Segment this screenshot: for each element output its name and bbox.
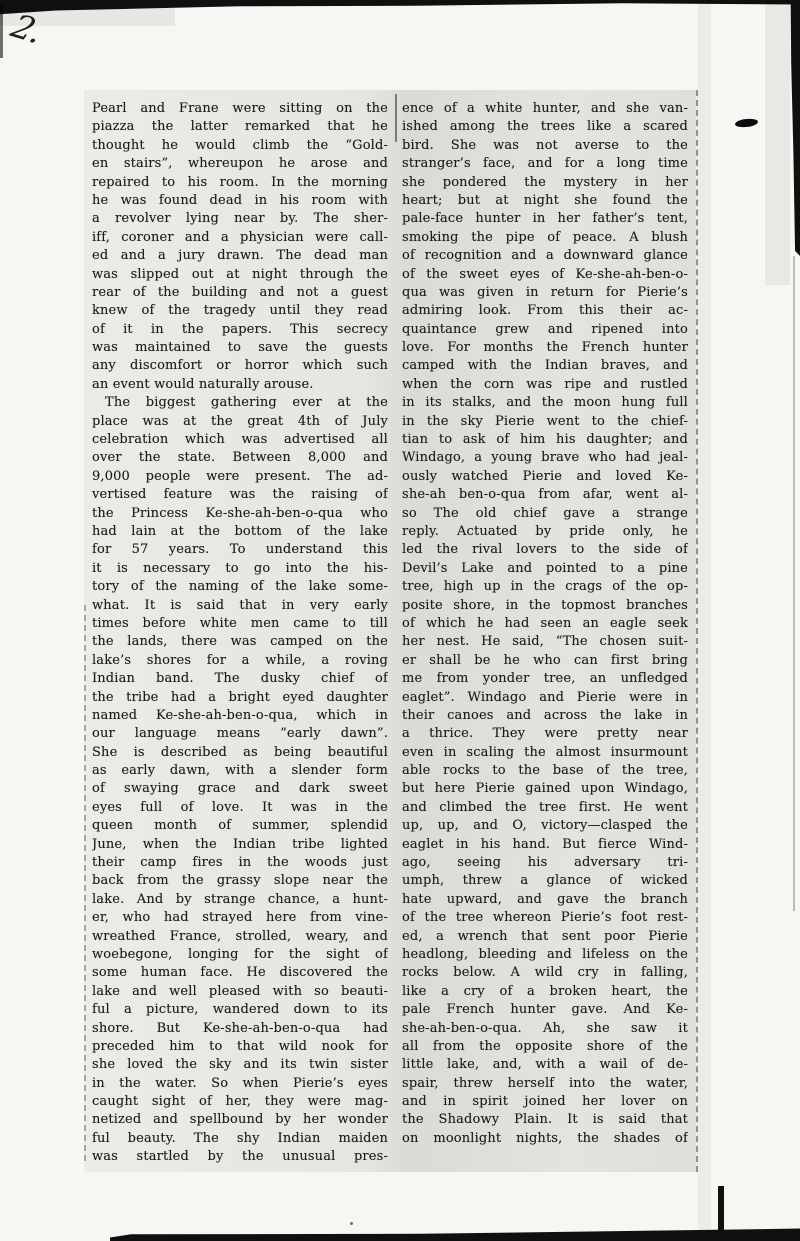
text-line: lake’s shores for a while, a roving bbox=[92, 652, 388, 670]
text-line: their camp fires in the woods just bbox=[92, 854, 388, 872]
text-line: up, up, and O, victory—clasped the bbox=[402, 817, 688, 835]
text-line: of which he had seen an eagle seek bbox=[402, 615, 688, 633]
text-line: all from the opposite shore of the bbox=[402, 1038, 688, 1056]
text-line: like a cry of a broken heart, the bbox=[402, 983, 688, 1001]
text-line: place was at the great 4th of July bbox=[92, 413, 388, 431]
page-edge-line bbox=[793, 256, 795, 911]
text-line: she loved the sky and its twin sister bbox=[92, 1056, 388, 1074]
text-line: their canoes and across the lake in bbox=[402, 707, 688, 725]
text-line: admiring look. From this their ac- bbox=[402, 302, 688, 320]
text-line: the Shadowy Plain. It is said that bbox=[402, 1111, 688, 1129]
text-line: netized and spellbound by her wonder bbox=[92, 1111, 388, 1129]
text-line: camped with the Indian braves, and bbox=[402, 357, 688, 375]
text-line: even in scaling the almost insurmount bbox=[402, 744, 688, 762]
newspaper-clipping: Pearl and Frane were sitting on thepiazz… bbox=[84, 90, 698, 1172]
text-line: repaired to his room. In the morning bbox=[92, 174, 388, 192]
text-line: queen month of summer, splendid bbox=[92, 817, 388, 835]
text-line: piazza the latter remarked that he bbox=[92, 118, 388, 136]
text-line: vertised feature was the raising of bbox=[92, 486, 388, 504]
text-line: ful beauty. The shy Indian maiden bbox=[92, 1130, 388, 1148]
text-line: umph, threw a glance of wicked bbox=[402, 872, 688, 890]
text-line: and in spirit joined her lover on bbox=[402, 1093, 688, 1111]
text-line: back from the grassy slope near the bbox=[92, 872, 388, 890]
text-line: lake and well pleased with so beauti- bbox=[92, 983, 388, 1001]
text-line: preceded him to that wild nook for bbox=[92, 1038, 388, 1056]
scan-shadow-top-right bbox=[765, 0, 790, 285]
text-line: caught sight of her, they were mag- bbox=[92, 1093, 388, 1111]
text-line: me from yonder tree, an unfledged bbox=[402, 670, 688, 688]
text-line: ed and a jury drawn. The dead man bbox=[92, 247, 388, 265]
text-line: thought he would climb the “Gold- bbox=[92, 137, 388, 155]
text-line: in the water. So when Pierie’s eyes bbox=[92, 1075, 388, 1093]
scanned-page: 2. Pearl and Frane were sitting on thepi… bbox=[0, 0, 800, 1241]
text-line: iff, coroner and a physician were call- bbox=[92, 229, 388, 247]
text-line: in the sky Pierie went to the chief- bbox=[402, 413, 688, 431]
text-line: some human face. He discovered the bbox=[92, 964, 388, 982]
text-line: little lake, and, with a wail of de- bbox=[402, 1056, 688, 1074]
ink-speck bbox=[350, 1222, 353, 1225]
text-line: what. It is said that in very early bbox=[92, 597, 388, 615]
text-line: pale-face hunter in her father’s tent, bbox=[402, 210, 688, 228]
text-line: quaintance grew and ripened into bbox=[402, 321, 688, 339]
ink-smudge-mark bbox=[735, 118, 759, 128]
text-line: ously watched Pierie and loved Ke- bbox=[402, 468, 688, 486]
scan-edge-right bbox=[789, 0, 800, 256]
text-line: 9,000 people were present. The ad- bbox=[92, 468, 388, 486]
text-line: and climbed the tree first. He went bbox=[402, 799, 688, 817]
text-line: had lain at the bottom of the lake bbox=[92, 523, 388, 541]
text-line: for 57 years. To understand this bbox=[92, 541, 388, 559]
text-line: of swaying grace and dark sweet bbox=[92, 780, 388, 798]
text-line: June, when the Indian tribe lighted bbox=[92, 836, 388, 854]
article-column-left: Pearl and Frane were sitting on thepiazz… bbox=[92, 100, 388, 1167]
text-line: so The old chief gave a strange bbox=[402, 505, 688, 523]
text-line: rocks below. A wild cry in falling, bbox=[402, 964, 688, 982]
text-line: in its stalks, and the moon hung full bbox=[402, 394, 688, 412]
text-line: of the sweet eyes of Ke-she-ah-ben-o- bbox=[402, 266, 688, 284]
text-line: qua was given in return for Pierie’s bbox=[402, 284, 688, 302]
column-rule-left bbox=[84, 605, 86, 1161]
text-line: of recognition and a downward glance bbox=[402, 247, 688, 265]
text-line: any discomfort or horror which such bbox=[92, 357, 388, 375]
text-line: headlong, bleeding and lifeless on the bbox=[402, 946, 688, 964]
text-line: when the corn was ripe and rustled bbox=[402, 376, 688, 394]
text-line: celebration which was advertised all bbox=[92, 431, 388, 449]
text-line: ful a picture, wandered down to its bbox=[92, 1001, 388, 1019]
text-line: our language means “early dawn”. bbox=[92, 725, 388, 743]
text-line: eaglet in his hand. But fierce Wind- bbox=[402, 836, 688, 854]
text-line: times before white men came to till bbox=[92, 615, 388, 633]
text-line: an event would naturally arouse. bbox=[92, 376, 388, 394]
margin-fold-streak bbox=[698, 0, 711, 1241]
text-line: tory of the naming of the lake some- bbox=[92, 578, 388, 596]
text-line: smoking the pipe of peace. A blush bbox=[402, 229, 688, 247]
text-line: tree, high up in the crags of the op- bbox=[402, 578, 688, 596]
text-line: love. For months the French hunter bbox=[402, 339, 688, 357]
text-line: eyes full of love. It was in the bbox=[92, 799, 388, 817]
text-line: able rocks to the base of the tree, bbox=[402, 762, 688, 780]
text-line: tian to ask of him his daughter; and bbox=[402, 431, 688, 449]
text-line: ence of a white hunter, and she van- bbox=[402, 100, 688, 118]
column-divider-rule bbox=[395, 94, 397, 142]
text-line: over the state. Between 8,000 and bbox=[92, 449, 388, 467]
text-line: spair, threw herself into the water, bbox=[402, 1075, 688, 1093]
text-line: it is necessary to go into the his- bbox=[92, 560, 388, 578]
text-line: the lands, there was camped on the bbox=[92, 633, 388, 651]
text-line: eaglet”. Windago and Pierie were in bbox=[402, 689, 688, 707]
text-line: reply. Actuated by pride only, he bbox=[402, 523, 688, 541]
text-line: of the tree whereon Pierie’s foot rest- bbox=[402, 909, 688, 927]
text-line: wreathed France, strolled, weary, and bbox=[92, 928, 388, 946]
text-line: she-ah-ben-o-qua. Ah, she saw it bbox=[402, 1020, 688, 1038]
text-line: she pondered the mystery in her bbox=[402, 174, 688, 192]
text-line: ished among the trees like a scared bbox=[402, 118, 688, 136]
text-line: stranger’s face, and for a long time bbox=[402, 155, 688, 173]
text-line: of it in the papers. This secrecy bbox=[92, 321, 388, 339]
text-line: the tribe had a bright eyed daughter bbox=[92, 689, 388, 707]
text-line: bird. She was not averse to the bbox=[402, 137, 688, 155]
text-line: er shall be he who can first bring bbox=[402, 652, 688, 670]
text-line: posite shore, in the topmost branches bbox=[402, 597, 688, 615]
text-line: named Ke-she-ah-ben-o-qua, which in bbox=[92, 707, 388, 725]
text-line: Windago, a young brave who had jeal- bbox=[402, 449, 688, 467]
text-line: knew of the tragedy until they read bbox=[92, 302, 388, 320]
text-line: hate upward, and gave the branch bbox=[402, 891, 688, 909]
text-line: The biggest gathering ever at the bbox=[92, 394, 388, 412]
scan-edge-left bbox=[0, 6, 3, 58]
text-line: he was found dead in his room with bbox=[92, 192, 388, 210]
text-line: led the rival lovers to the side of bbox=[402, 541, 688, 559]
text-line: a revolver lying near by. The sher- bbox=[92, 210, 388, 228]
text-line: she-ah ben-o-qua from afar, went al- bbox=[402, 486, 688, 504]
text-line: a thrice. They were pretty near bbox=[402, 725, 688, 743]
text-line: She is described as being beautiful bbox=[92, 744, 388, 762]
text-line: was startled by the unusual pres- bbox=[92, 1148, 388, 1166]
text-line: the Princess Ke-she-ah-ben-o-qua who bbox=[92, 505, 388, 523]
text-line: lake. And by strange chance, a hunt- bbox=[92, 891, 388, 909]
text-line: pale French hunter gave. And Ke- bbox=[402, 1001, 688, 1019]
text-line: but here Pierie gained upon Windago, bbox=[402, 780, 688, 798]
article-column-right: ence of a white hunter, and she van-ishe… bbox=[402, 100, 688, 1148]
text-line: rear of the building and not a guest bbox=[92, 284, 388, 302]
text-line: woebegone, longing for the sight of bbox=[92, 946, 388, 964]
text-line: ed, a wrench that sent poor Pierie bbox=[402, 928, 688, 946]
scan-edge-bottom-right-bar bbox=[718, 1186, 724, 1241]
text-line: Indian band. The dusky chief of bbox=[92, 670, 388, 688]
text-line: as early dawn, with a slender form bbox=[92, 762, 388, 780]
text-line: en stairs”, whereupon he arose and bbox=[92, 155, 388, 173]
scan-edge-bottom bbox=[110, 1225, 800, 1241]
text-line: on moonlight nights, the shades of bbox=[402, 1130, 688, 1148]
text-line: heart; but at night she found the bbox=[402, 192, 688, 210]
text-line: shore. But Ke-she-ah-ben-o-qua had bbox=[92, 1020, 388, 1038]
text-line: Pearl and Frane were sitting on the bbox=[92, 100, 388, 118]
text-line: ago, seeing his adversary tri- bbox=[402, 854, 688, 872]
text-line: Devil’s Lake and pointed to a pine bbox=[402, 560, 688, 578]
text-line: er, who had strayed here from vine- bbox=[92, 909, 388, 927]
text-line: was maintained to save the guests bbox=[92, 339, 388, 357]
text-line: was slipped out at night through the bbox=[92, 266, 388, 284]
text-line: her nest. He said, “The chosen suit- bbox=[402, 633, 688, 651]
